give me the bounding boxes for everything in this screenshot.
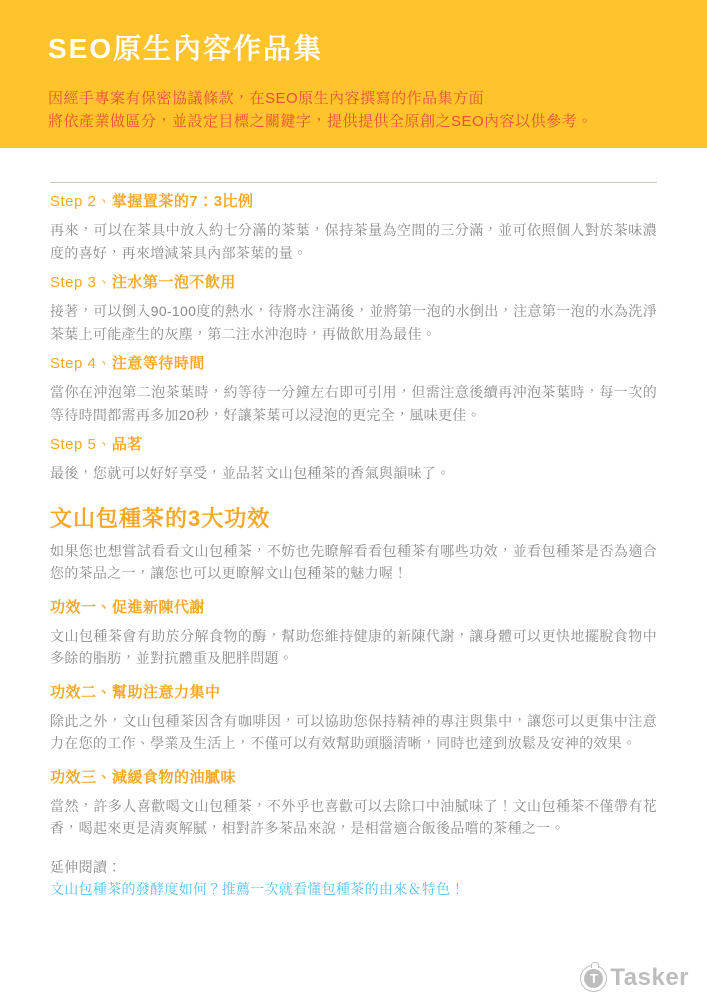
header-subtitle-line-2: 將依產業做區分，並設定目標之關鍵字，提供提供全原創之SEO內容以供參考。 [48, 110, 659, 133]
step-5-title: 品茗 [112, 436, 143, 453]
main-content: Step 2、掌握置茶的7：3比例 再來，可以在茶具中放入約七分滿的茶葉，保持茶… [0, 182, 707, 900]
effect-2-body: 除此之外，文山包種茶因含有咖啡因，可以協助您保持精神的專注與集中，讓您可以更集中… [50, 710, 657, 755]
step-4-prefix: Step 4、 [50, 355, 112, 372]
tasker-logo-text: Tasker [610, 964, 689, 992]
section-divider [50, 182, 657, 183]
read-more-label: 延伸閱讀： [50, 856, 657, 878]
effect-3-body: 當然，許多人喜歡喝文山包種茶，不外乎也喜歡可以去除口中油膩味了！文山包種茶不僅帶… [50, 795, 657, 840]
effect-2-heading: 功效二、幫助注意力集中 [50, 684, 657, 702]
effect-3-heading: 功效三、減緩食物的油膩味 [50, 769, 657, 787]
step-3-heading: Step 3、注水第一泡不飲用 [50, 274, 657, 292]
page-title: SEO原生內容作品集 [48, 34, 659, 65]
read-more-block: 延伸閱讀： 文山包種茶的發酵度如何？推薦一次就看懂包種茶的由來＆特色！ [50, 856, 657, 900]
step-3-body: 接著，可以倒入90-100度的熱水，待將水注滿後，並將第一泡的水倒出，注意第一泡… [50, 300, 657, 345]
header-subtitle: 因經手專案有保密協議條款，在SEO原生內容撰寫的作品集方面 將依產業做區分，並設… [48, 87, 659, 134]
step-5-prefix: Step 5、 [50, 436, 112, 453]
step-3-prefix: Step 3、 [50, 274, 112, 291]
tasker-logo-letter: T [584, 969, 603, 988]
document-page: SEO原生內容作品集 因經手專案有保密協議條款，在SEO原生內容撰寫的作品集方面… [0, 0, 707, 1000]
read-more-link[interactable]: 文山包種茶的發酵度如何？推薦一次就看懂包種茶的由來＆特色！ [50, 878, 465, 900]
tasker-logo-icon: T [580, 965, 607, 992]
effect-1-body: 文山包種茶會有助於分解食物的酶，幫助您維持健康的新陳代謝，讓身體可以更快地擺脫食… [50, 625, 657, 670]
step-4-body: 當你在沖泡第二泡茶葉時，約等待一分鐘左右即可引用，但需注意後續再沖泡茶葉時，每一… [50, 381, 657, 426]
header-subtitle-line-1: 因經手專案有保密協議條款，在SEO原生內容撰寫的作品集方面 [48, 87, 659, 110]
step-5-body: 最後，您就可以好好享受，並品茗文山包種茶的香氣與韻味了。 [50, 462, 657, 485]
header-banner: SEO原生內容作品集 因經手專案有保密協議條款，在SEO原生內容撰寫的作品集方面… [0, 0, 707, 148]
effect-1-heading: 功效一、促進新陳代謝 [50, 599, 657, 617]
step-4-heading: Step 4、注意等待時間 [50, 355, 657, 373]
step-4-title: 注意等待時間 [112, 355, 205, 372]
section-title-3-benefits: 文山包種茶的3大功效 [50, 505, 657, 532]
step-2-heading: Step 2、掌握置茶的7：3比例 [50, 193, 657, 211]
step-3-title: 注水第一泡不飲用 [112, 274, 236, 291]
step-2-title: 掌握置茶的7：3比例 [112, 193, 254, 210]
step-2-body: 再來，可以在茶具中放入約七分滿的茶葉，保持茶量為空間的三分滿，並可依照個人對於茶… [50, 219, 657, 264]
section-intro: 如果您也想嘗試看看文山包種茶，不妨也先瞭解看看包種茶有哪些功效，並看包種茶是否為… [50, 540, 657, 585]
step-2-prefix: Step 2、 [50, 193, 112, 210]
step-5-heading: Step 5、品茗 [50, 436, 657, 454]
tasker-logo: T Tasker [580, 964, 689, 992]
